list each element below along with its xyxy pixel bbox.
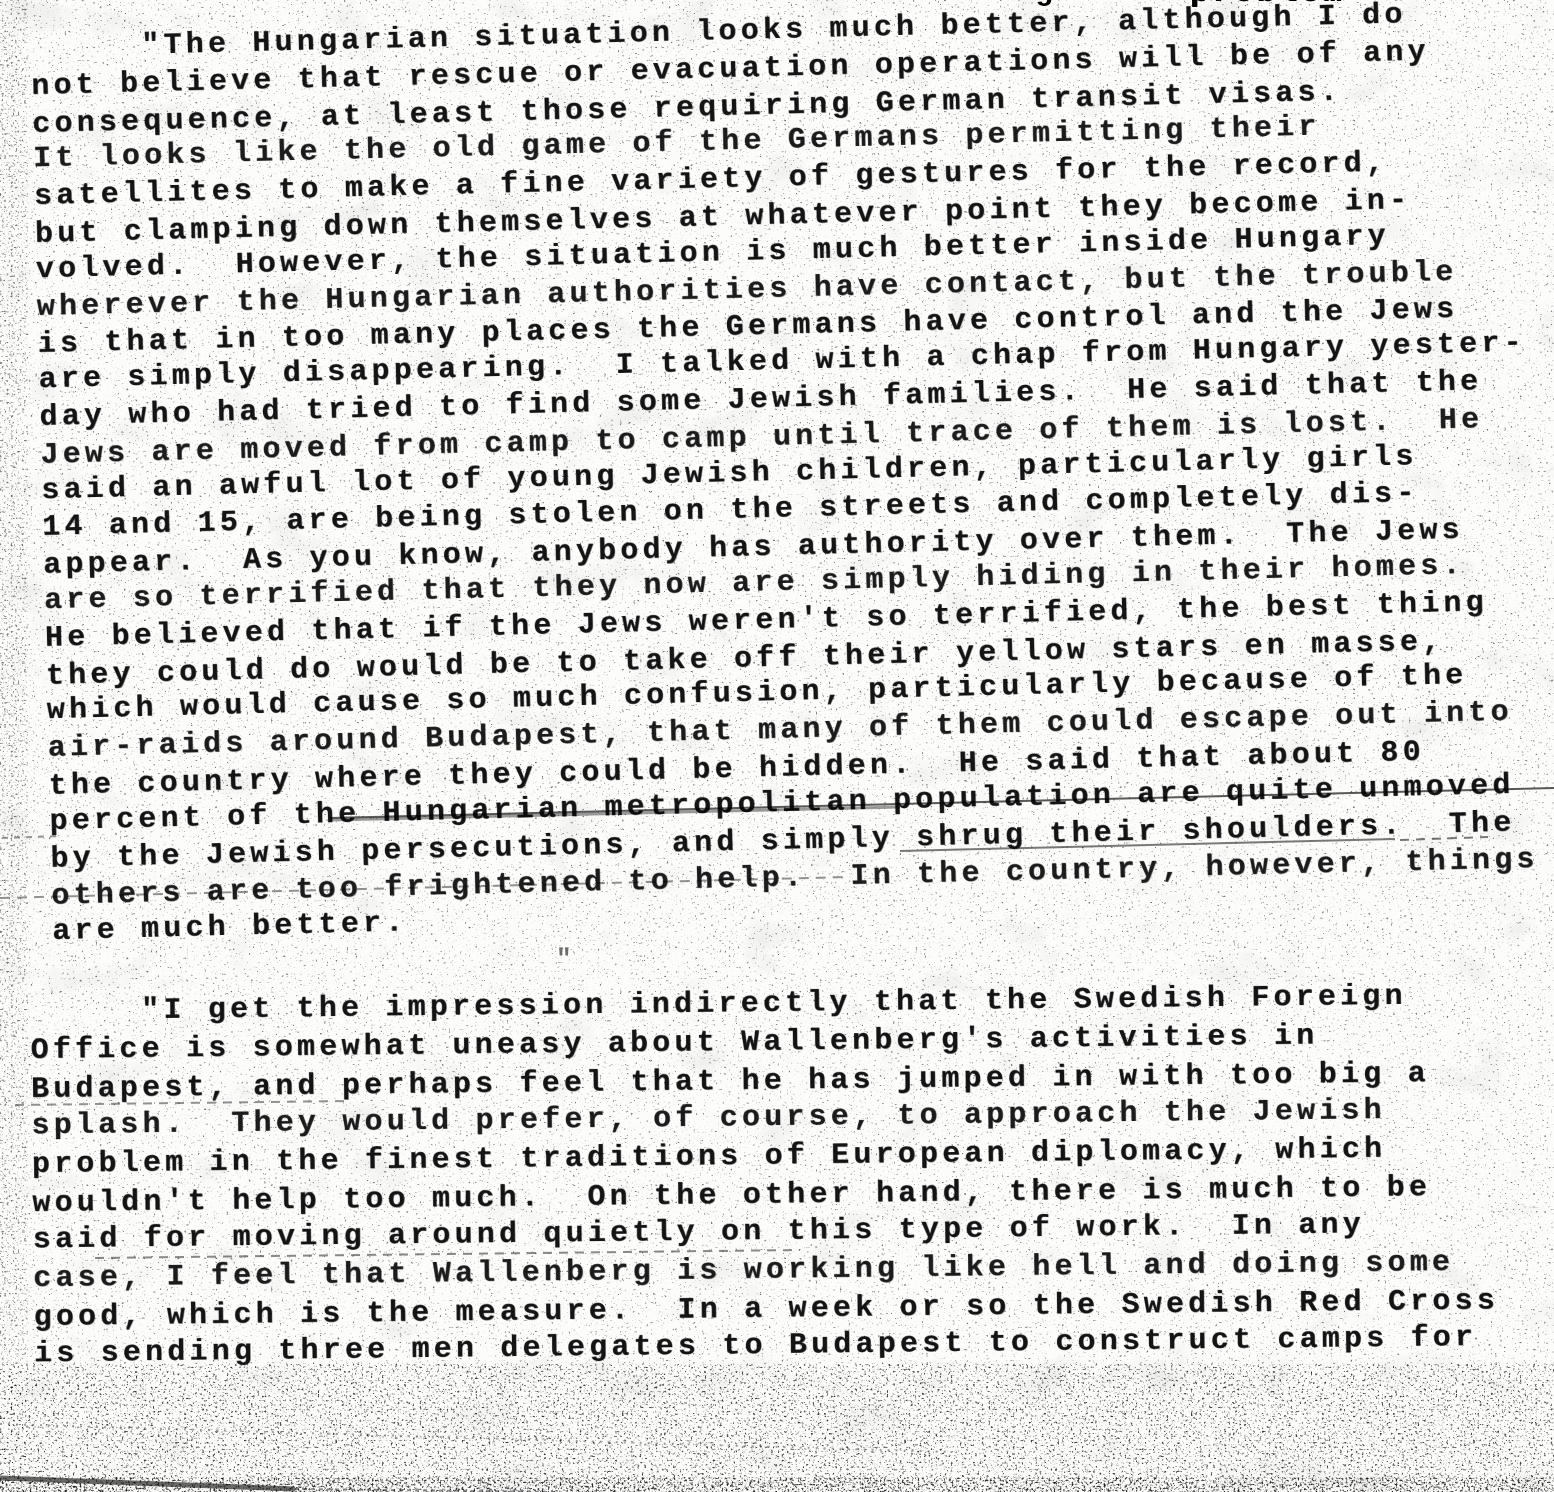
- bottom-edge-noise: [0, 1478, 1554, 1492]
- left-edge-noise: [0, 0, 26, 1492]
- paragraph-2: "I get the impression indirectly that th…: [30, 977, 1500, 1374]
- scanned-document-page: g problem "The Hungarian situation looks…: [0, 0, 1554, 1492]
- bottom-left-smudge: [0, 1478, 295, 1489]
- paragraph-1: "The Hungarian situation looks much bett…: [30, 0, 1540, 952]
- bottom-noise-band: [0, 1370, 1554, 1492]
- stray-quote-mark: ": [556, 944, 572, 974]
- bottom-dotted-scan-line: [0, 1424, 950, 1452]
